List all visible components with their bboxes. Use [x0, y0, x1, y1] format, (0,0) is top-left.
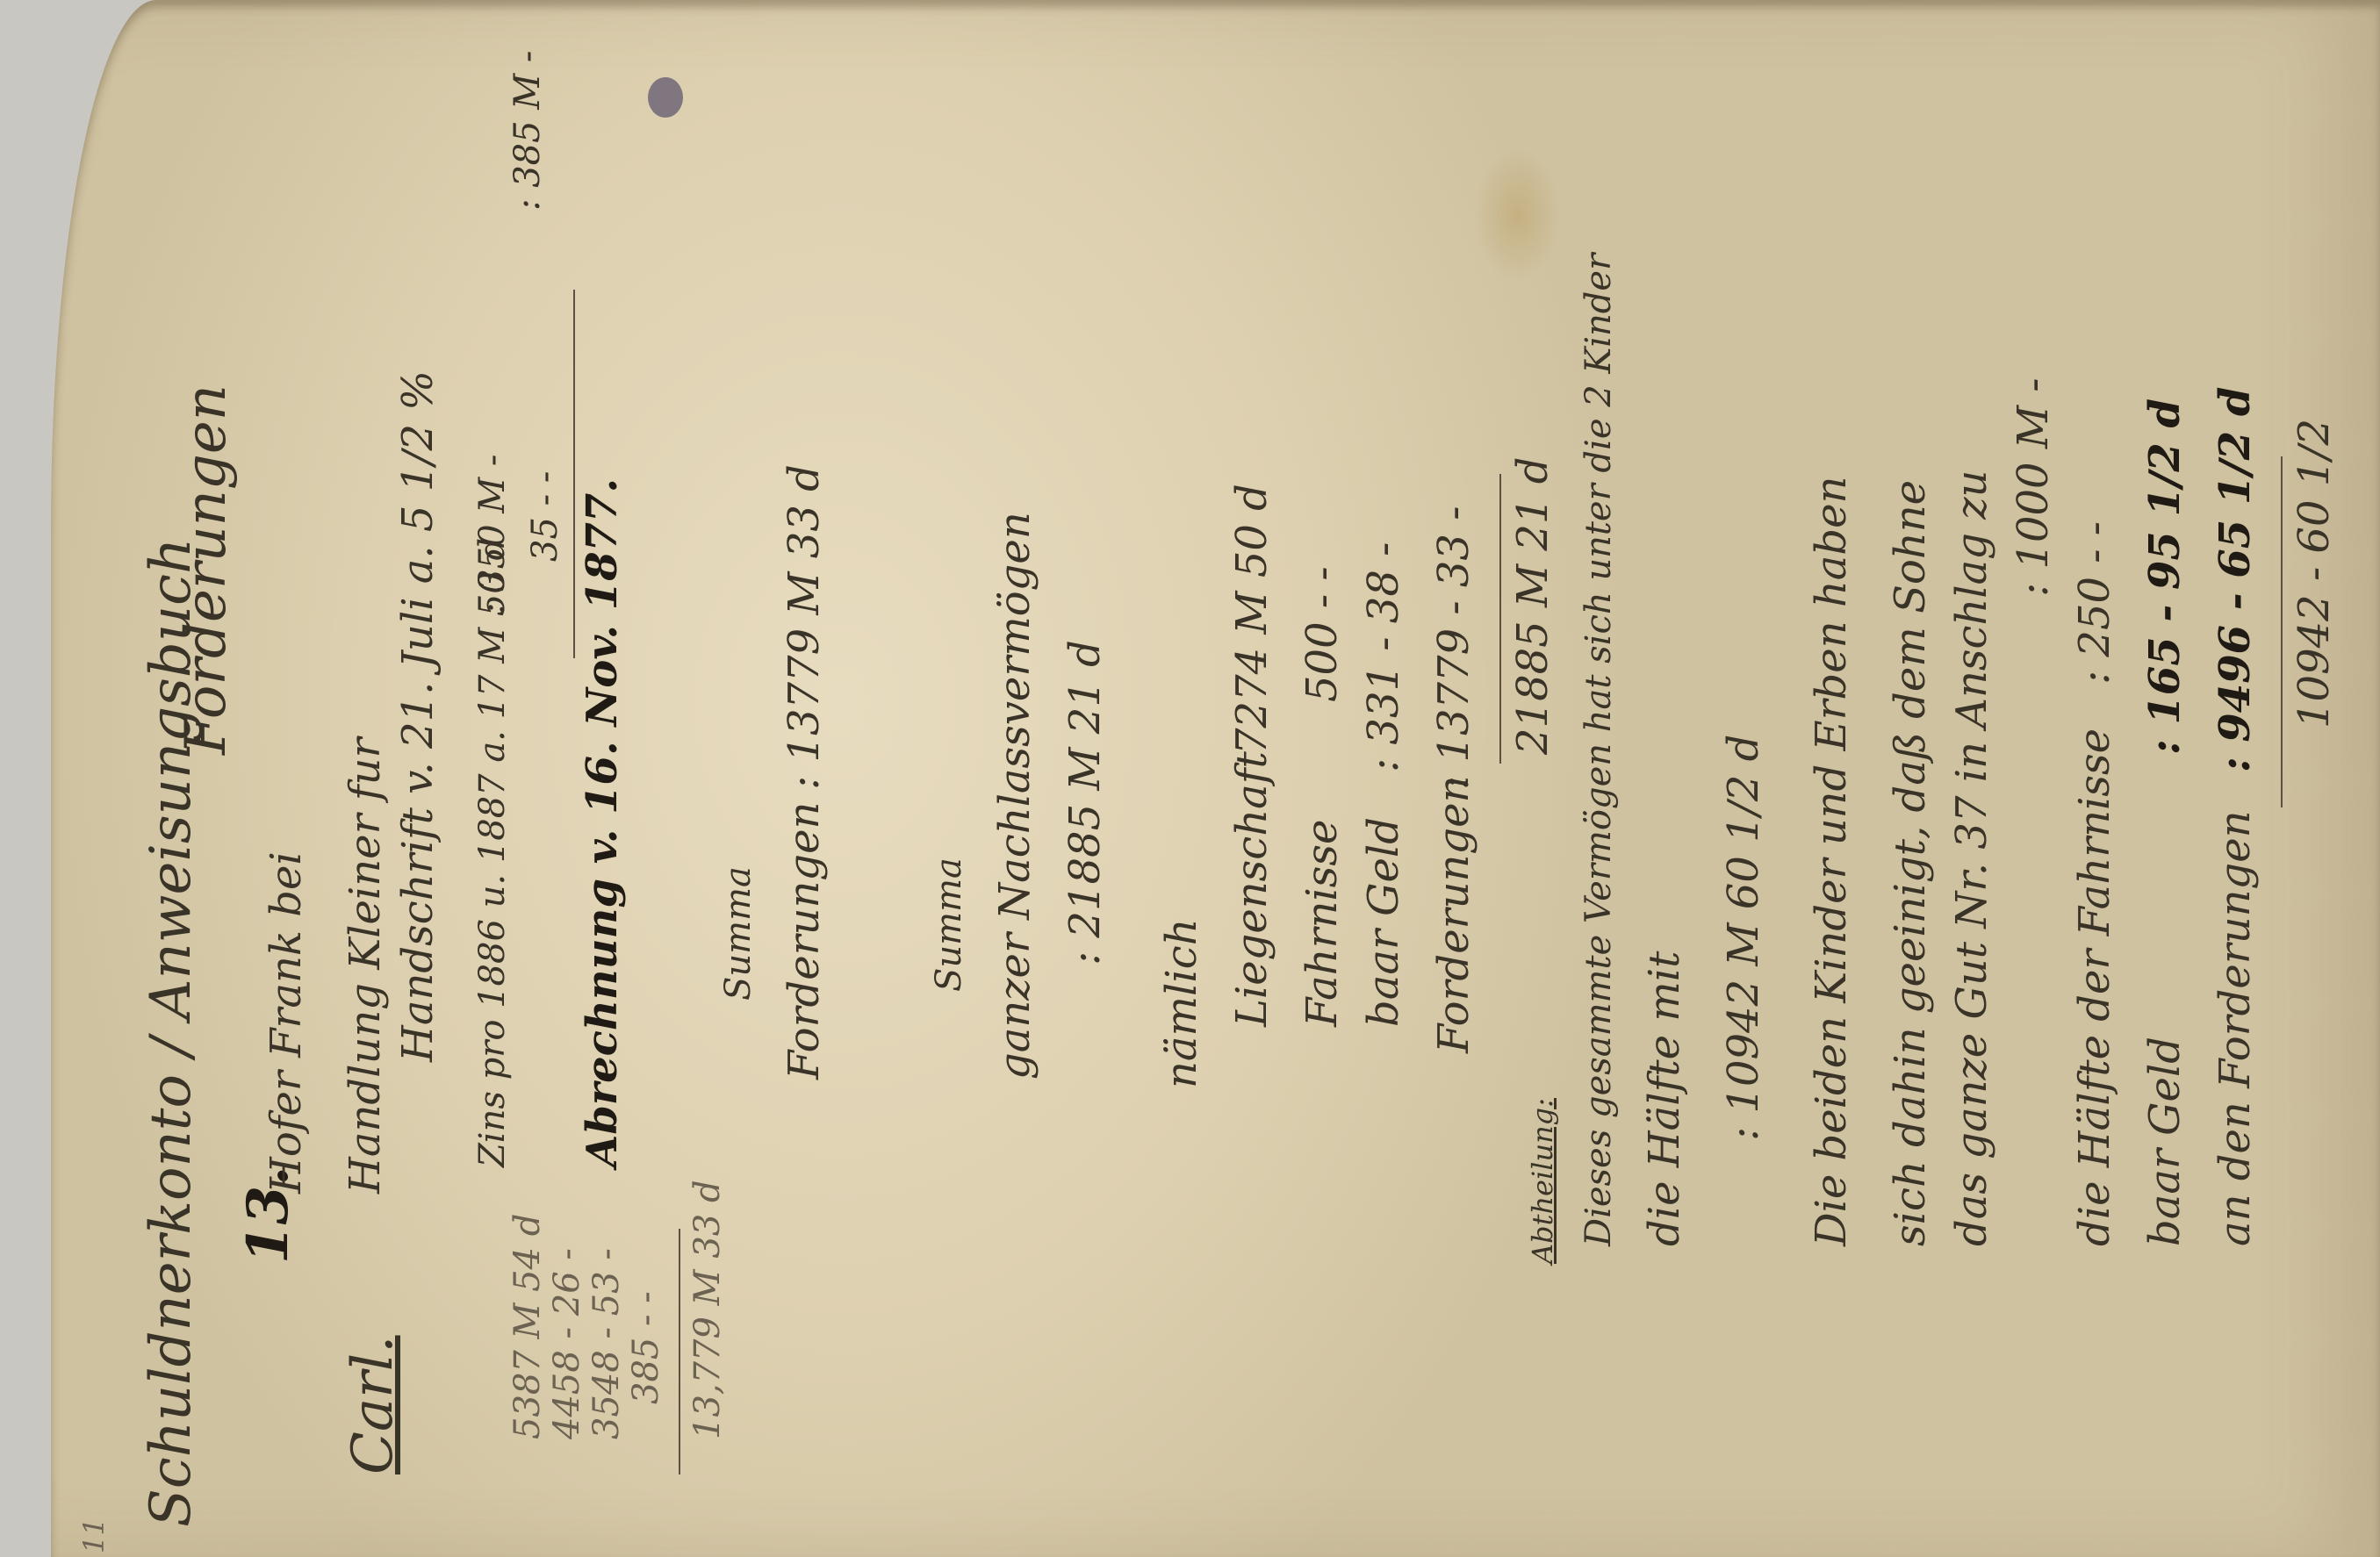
note-line2: sich dahin geeinigt, daß dem Sohne	[1886, 480, 1935, 1246]
margin-sum-total: 13,779 M 33 d	[687, 1180, 728, 1439]
division-heading: Abtheilung:	[1526, 1098, 1559, 1264]
note-value: : 1000 M -	[2009, 378, 2058, 597]
total-label: Summa	[929, 857, 969, 992]
final-value: : 165 - 95 1/2 d	[2140, 398, 2189, 755]
breakdown-value: 7274 M 50 d	[1227, 484, 1276, 755]
summary-label: Summa	[718, 866, 759, 1001]
breakdown-heading: nämlich	[1157, 918, 1206, 1088]
breakdown-label: Liegenschaft	[1227, 751, 1276, 1027]
note-line1: Die beiden Kinder und Erben haben	[1807, 477, 1856, 1246]
division-value: : 10942 M 60 1/2 d	[1719, 735, 1768, 1141]
final-rule	[2281, 456, 2283, 807]
division-line1: Dieses gesammte Vermögen hat sich unter …	[1578, 254, 1619, 1246]
total-value: : 21885 M 21 d	[1061, 640, 1110, 965]
margin-sum-rule	[679, 1229, 680, 1474]
final-total: 10942 - 60 1/2	[2290, 419, 2339, 728]
breakdown-value: : 331 - 38 -	[1359, 542, 1408, 772]
breakdown-rule	[1499, 474, 1501, 764]
breakdown-label: Fahrnisse	[1298, 820, 1347, 1027]
breakdown-total: 21885 M 21 d	[1508, 457, 1557, 755]
header-right: Forderungen	[174, 384, 239, 755]
summary-line: Forderungen	[780, 802, 829, 1080]
final-label: an den Forderungen	[2211, 810, 2260, 1246]
entry-title-line3: Handschrift v. 21. Juli a. 5 1/2 %	[393, 370, 442, 1062]
note-line3: das ganze Gut Nr. 37 in Anschlag zu	[1947, 470, 1996, 1246]
margin-sum-row: 5387 M 54 d	[507, 1214, 548, 1439]
interest-margin-value: : 385 M -	[507, 51, 548, 211]
total-line: ganzer Nachlassvermögen	[990, 512, 1039, 1080]
page-mark: 11	[77, 1518, 111, 1553]
interest-value-2: 35 - -	[525, 471, 565, 562]
breakdown-value: 500 - -	[1298, 566, 1347, 702]
entry-title-line2: Handlung Kleiner fur	[341, 738, 390, 1194]
interest-value: : 350 M -	[472, 455, 513, 614]
final-label: die Hälfte der Fahrnisse	[2070, 728, 2119, 1246]
margin-sum-row: 4458 - 26 -	[547, 1248, 587, 1439]
division-line2: die Hälfte mit	[1640, 951, 1689, 1246]
interest-line: Zins pro 1886 u. 1887 a. 17 M 50 d	[472, 538, 513, 1167]
ink-blot	[648, 77, 683, 118]
closing-line: Abrechnung v. 16. Nov. 1877.	[578, 478, 627, 1167]
final-value: : 9496 - 65 1/2 d	[2211, 387, 2260, 772]
margin-sum-row: 385 - -	[626, 1291, 666, 1404]
breakdown-label: Forderungen	[1429, 776, 1478, 1053]
margin-name: Carl.	[341, 1335, 406, 1474]
ledger-page: 11 Schuldnerkonto / Anweisungsbuch 13. F…	[51, 0, 2380, 1557]
breakdown-label: baar Geld	[1359, 817, 1408, 1027]
margin-sum-row: 3548 - 53 -	[586, 1248, 627, 1439]
final-label: baar Geld	[2140, 1037, 2189, 1246]
summary-value: : 13779 M 33 d	[780, 464, 829, 790]
interest-rule	[573, 290, 575, 658]
final-value: : 250 - -	[2070, 521, 2119, 685]
breakdown-value: : 13779 - 33 -	[1429, 506, 1478, 790]
entry-title-line1: Hofer Frank bei	[262, 851, 311, 1194]
